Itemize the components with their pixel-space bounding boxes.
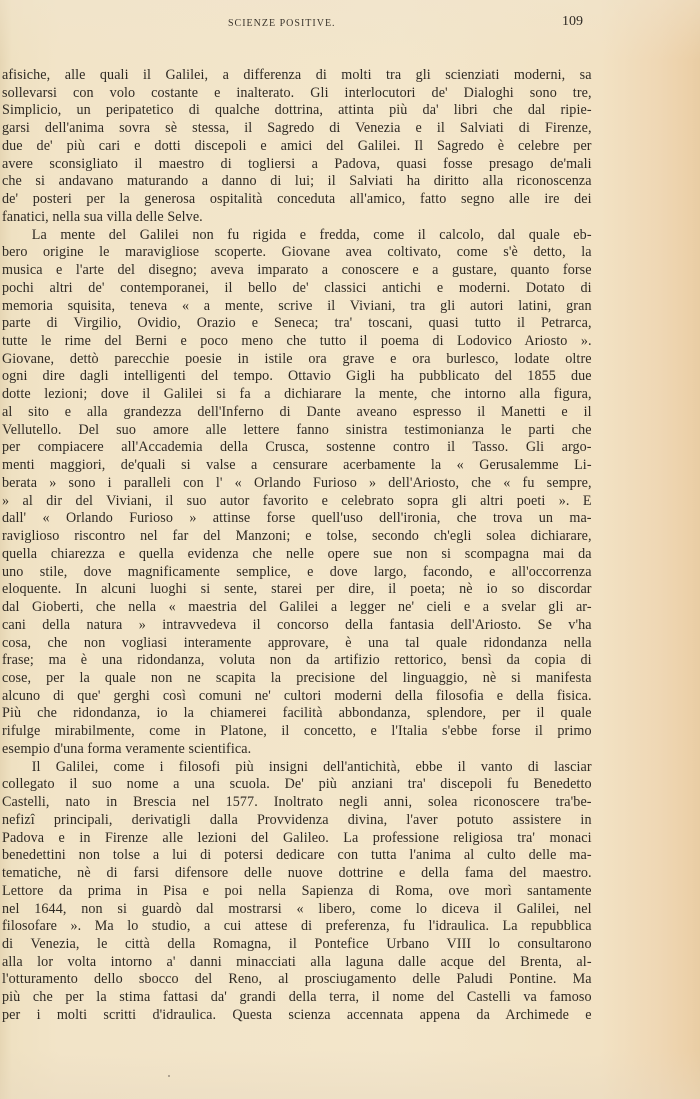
text-line: dall' « Orlando Furioso » attinse forse … <box>2 509 592 527</box>
text-line: dotte lezioni; dove il Galilei si fa a d… <box>2 385 592 403</box>
text-line: La mente del Galilei non fu rigida e fre… <box>2 226 592 244</box>
text-line: dal Gioberti, che nella « maestria del G… <box>2 598 592 616</box>
text-line: berata » sono i paralleli con l' « Orlan… <box>2 474 592 492</box>
text-line: musica e l'arte del disegno; aveva impar… <box>2 261 592 279</box>
text-line: cani della natura » intravvedeva il conc… <box>2 616 592 634</box>
text-line: raviglioso riscontro nel far del Manzoni… <box>2 527 592 545</box>
text-line: » al dir del Viviani, il suo autor favor… <box>2 492 592 510</box>
page-number: 109 <box>562 14 583 30</box>
text-line: garsi dell'anima sovra sè stessa, il Sag… <box>2 119 592 137</box>
text-line: rifulge mirabilmente, come in Platone, i… <box>2 722 592 740</box>
text-line: uno stile, dove magnificamente semplice,… <box>2 563 592 581</box>
text-line: memoria squisita, teneva « a mente, scri… <box>2 297 592 315</box>
text-line: sollevarsi con volo costante e inalterat… <box>2 84 592 102</box>
text-line: di Venezia, le città della Romagna, il P… <box>2 935 592 953</box>
text-line: pochi altri de' contemporanei, il bello … <box>2 279 592 297</box>
text-line: tutte le rime del Berni e poco meno che … <box>2 332 592 350</box>
text-line: cosa, che non vogliasi interamente appro… <box>2 634 592 652</box>
text-line: che si andavano maturando a danno di lui… <box>2 172 592 190</box>
scan-speck <box>168 1075 170 1077</box>
text-line: due de' più cari e dotti discepoli e ami… <box>2 137 592 155</box>
text-line: bero origine le maravigliose scoperte. G… <box>2 243 592 261</box>
text-line: tematiche, nè di farsi difensore delle n… <box>2 864 592 882</box>
text-line: alla lor volta intorno a' danni minaccia… <box>2 953 592 971</box>
text-line: più che per la stima fattasi da' grandi … <box>2 988 592 1006</box>
text-line: nel 1644, non si guardò dal mostrarsi « … <box>2 900 592 918</box>
text-line: Castelli, nato in Brescia nel 1577. Inol… <box>2 793 592 811</box>
text-line: Il Galilei, come i filosofi più insigni … <box>2 758 592 776</box>
text-line: nefizî principali, derivatigli dalla Pro… <box>2 811 592 829</box>
body-text: afisiche, alle quali il Galilei, a diffe… <box>2 66 592 1024</box>
text-line: per compiacere all'Accademia della Crusc… <box>2 438 592 456</box>
text-line: Giovane, dettò parecchie poesie in istil… <box>2 350 592 368</box>
running-title: SCIENZE POSITIVE. <box>228 18 336 29</box>
text-line: ogni dire dagli intelligenti del tempo. … <box>2 367 592 385</box>
text-line: Simplicio, un peripatetico di qualche do… <box>2 101 592 119</box>
text-line: Lettore da prima in Pisa e poi nella Sap… <box>2 882 592 900</box>
text-line: collegato il suo nome a una scuola. De' … <box>2 775 592 793</box>
text-line: benedettini non tolse a lui di potersi d… <box>2 846 592 864</box>
text-line: parte di Virgilio, Ovidio, Orazio e Sene… <box>2 314 592 332</box>
text-line: esempio d'una forma veramente scientific… <box>2 740 592 758</box>
text-line: eloquente. In alcuni luoghi si sente, st… <box>2 580 592 598</box>
text-line: alcuno di que' gerghi così comuni ne' cu… <box>2 687 592 705</box>
page-header: SCIENZE POSITIVE. 109 <box>0 14 700 34</box>
text-line: frase; ma è una ridondanza, voluta non d… <box>2 651 592 669</box>
text-line: menti maggiori, de'quali si valse a cens… <box>2 456 592 474</box>
text-line: Più che ridondanza, io la chiamerei faci… <box>2 704 592 722</box>
text-line: Vellutello. Del suo amore alle lettere f… <box>2 421 592 439</box>
text-line: filosofare ». Ma lo studio, a cui attese… <box>2 917 592 935</box>
text-line: de' posteri per la generosa ospitalità c… <box>2 190 592 208</box>
text-line: afisiche, alle quali il Galilei, a diffe… <box>2 66 592 84</box>
text-line: quella chiarezza e quella evidenza che n… <box>2 545 592 563</box>
text-line: l'otturamento dello sbocco del Reno, al … <box>2 970 592 988</box>
text-line: per i molti scritti d'idraulica. Questa … <box>2 1006 592 1024</box>
text-line: fanatici, nella sua villa delle Selve. <box>2 208 592 226</box>
text-line: avere sconsigliato il maestro di toglier… <box>2 155 592 173</box>
scan-speck <box>158 1017 160 1019</box>
text-line: Padova e in Firenze alle lezioni del Gal… <box>2 829 592 847</box>
text-line: al sito e alla grandezza dell'Inferno di… <box>2 403 592 421</box>
text-line: cose, per la quale non ne scapita la pre… <box>2 669 592 687</box>
